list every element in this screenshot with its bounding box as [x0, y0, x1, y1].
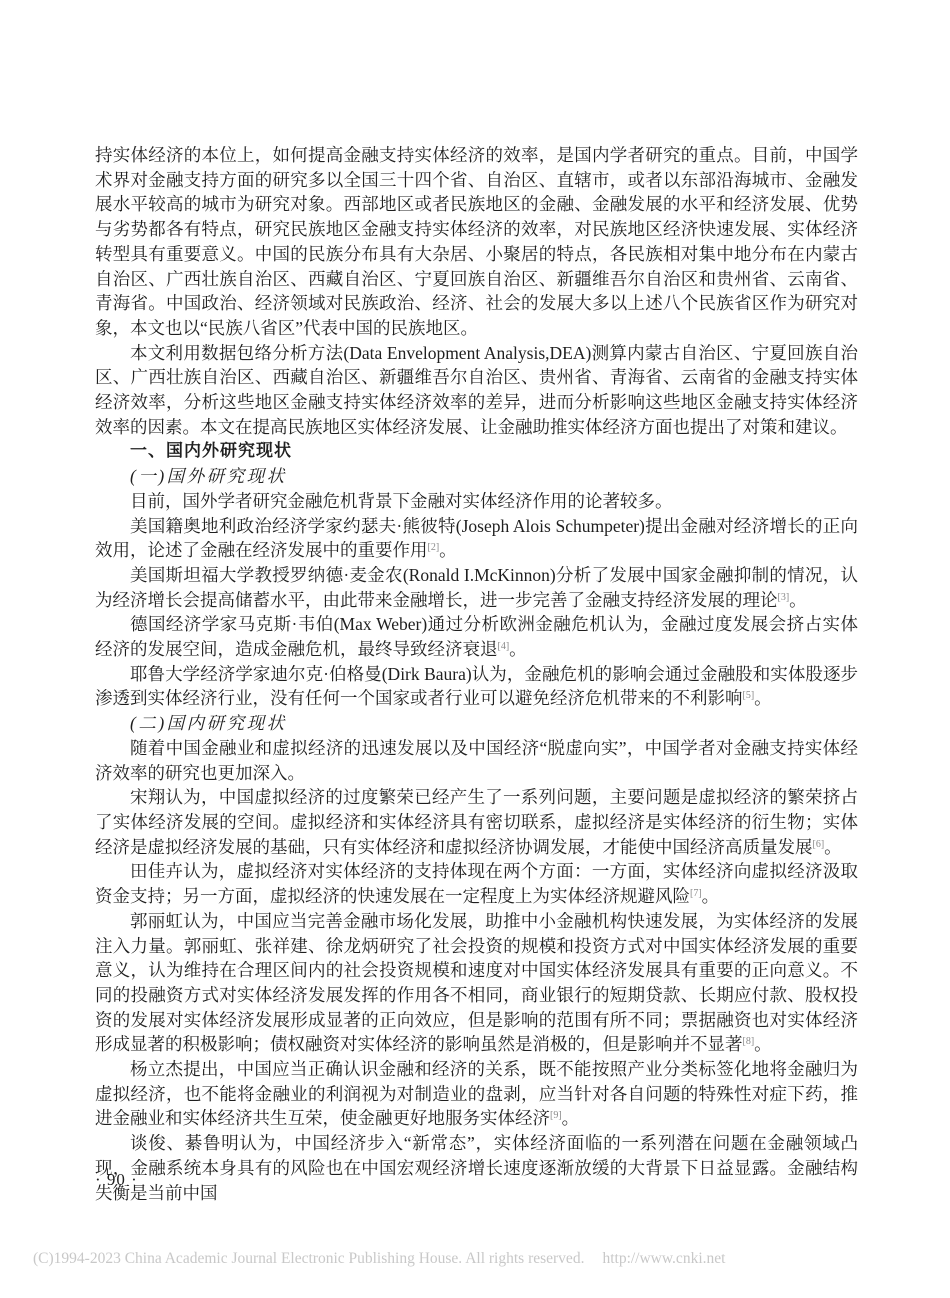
paragraph-text: 田佳卉认为，虚拟经济对实体经济的支持体现在两个方面：一方面，实体经济向虚拟经济汲…	[95, 861, 858, 906]
citation-ref: [4]	[498, 641, 510, 652]
paragraph: 田佳卉认为，虚拟经济对实体经济的支持体现在两个方面：一方面，实体经济向虚拟经济汲…	[95, 859, 858, 908]
paragraph-tail: 。	[754, 688, 772, 708]
paragraph-text: 随着中国金融业和虚拟经济的迅速发展以及中国经济“脱虚向实”，中国学者对金融支持实…	[95, 738, 858, 783]
document-body: 持实体经济的本位上，如何提高金融支持实体经济的效率，是国内学者研究的重点。目前，…	[95, 143, 858, 1205]
journal-page: { "page": { "background": "#ffffff", "te…	[0, 0, 950, 1298]
paragraph: 美国籍奥地利政治经济学家约瑟夫·熊彼特(Joseph Alois Schumpe…	[95, 514, 858, 563]
subsection-heading: (一)国外研究现状	[95, 464, 858, 489]
citation-ref: [6]	[813, 839, 825, 850]
paragraph: 宋翔认为，中国虚拟经济的过度繁荣已经产生了一系列问题，主要问题是虚拟经济的繁荣挤…	[95, 785, 858, 859]
citation-ref: [2]	[428, 542, 440, 553]
paragraph-text: 谈俊、綦鲁明认为，中国经济步入“新常态”，实体经济面临的一系列潜在问题在金融领域…	[95, 1133, 858, 1202]
citation-ref: [5]	[743, 690, 755, 701]
section-heading: 一、国内外研究现状	[95, 439, 858, 464]
paragraph-text: 目前，国外学者研究金融危机背景下金融对实体经济作用的论著较多。	[130, 491, 673, 511]
page-footer: (C)1994-2023 China Academic Journal Elec…	[33, 1250, 725, 1268]
paragraph-text: (一)国外研究现状	[130, 466, 287, 486]
paragraph-text: 郭丽虹认为，中国应当完善金融市场化发展，助推中小金融机构快速发展，为实体经济的发…	[95, 911, 858, 1055]
paragraph-tail: 。	[824, 837, 842, 857]
paragraph: 目前，国外学者研究金融危机背景下金融对实体经济作用的论著较多。	[95, 489, 858, 514]
paragraph: 郭丽虹认为，中国应当完善金融市场化发展，助推中小金融机构快速发展，为实体经济的发…	[95, 909, 858, 1057]
paragraph: 美国斯坦福大学教授罗纳德·麦金农(Ronald I.McKinnon)分析了发展…	[95, 563, 858, 612]
paragraph-tail: 。	[702, 886, 720, 906]
citation-ref: [7]	[690, 888, 702, 899]
paragraph-text: 一、国内外研究现状	[130, 441, 292, 460]
paragraph-text: 杨立杰提出，中国应当正确认识金融和经济的关系，既不能按照产业分类标签化地将金融归…	[95, 1059, 858, 1128]
paragraph-text: 耶鲁大学经济学家迪尔克·伯格曼(Dirk Baura)认为，金融危机的影响会通过…	[95, 664, 858, 709]
paragraph: 杨立杰提出，中国应当正确认识金融和经济的关系，既不能按照产业分类标签化地将金融归…	[95, 1057, 858, 1131]
cnki-url: http://www.cnki.net	[602, 1250, 725, 1267]
paragraph-tail: 。	[789, 590, 807, 610]
paragraph-tail: 。	[439, 540, 457, 560]
paragraph-tail: 。	[562, 1108, 580, 1128]
paragraph-text: 持实体经济的本位上，如何提高金融支持实体经济的效率，是国内学者研究的重点。目前，…	[95, 145, 858, 338]
copyright-text: (C)1994-2023 China Academic Journal Elec…	[33, 1250, 584, 1267]
paragraph: 持实体经济的本位上，如何提高金融支持实体经济的效率，是国内学者研究的重点。目前，…	[95, 143, 858, 341]
citation-ref: [9]	[550, 1110, 562, 1121]
paragraph-text: 本文利用数据包络分析方法(Data Envelopment Analysis,D…	[95, 343, 858, 437]
paragraph: 随着中国金融业和虚拟经济的迅速发展以及中国经济“脱虚向实”，中国学者对金融支持实…	[95, 736, 858, 785]
paragraph: 德国经济学家马克斯·韦伯(Max Weber)通过分析欧洲金融危机认为，金融过度…	[95, 612, 858, 661]
citation-ref: [8]	[743, 1036, 755, 1047]
paragraph-text: 美国斯坦福大学教授罗纳德·麦金农(Ronald I.McKinnon)分析了发展…	[95, 565, 858, 610]
paragraph-tail: 。	[509, 639, 527, 659]
paragraph-text: 德国经济学家马克斯·韦伯(Max Weber)通过分析欧洲金融危机认为，金融过度…	[95, 614, 858, 659]
citation-ref: [3]	[778, 592, 790, 603]
paragraph: 耶鲁大学经济学家迪尔克·伯格曼(Dirk Baura)认为，金融危机的影响会通过…	[95, 662, 858, 711]
paragraph: 本文利用数据包络分析方法(Data Envelopment Analysis,D…	[95, 341, 858, 440]
paragraph-text: 美国籍奥地利政治经济学家约瑟夫·熊彼特(Joseph Alois Schumpe…	[95, 516, 858, 561]
paragraph-text: 宋翔认为，中国虚拟经济的过度繁荣已经产生了一系列问题，主要问题是虚拟经济的繁荣挤…	[95, 787, 858, 856]
paragraph: 谈俊、綦鲁明认为，中国经济步入“新常态”，实体经济面临的一系列潜在问题在金融领域…	[95, 1131, 858, 1205]
paragraph-text: (二)国内研究现状	[130, 713, 287, 733]
subsection-heading: (二)国内研究现状	[95, 711, 858, 736]
paragraph-tail: 。	[754, 1034, 772, 1054]
page-number: · 90 ·	[95, 1170, 138, 1190]
